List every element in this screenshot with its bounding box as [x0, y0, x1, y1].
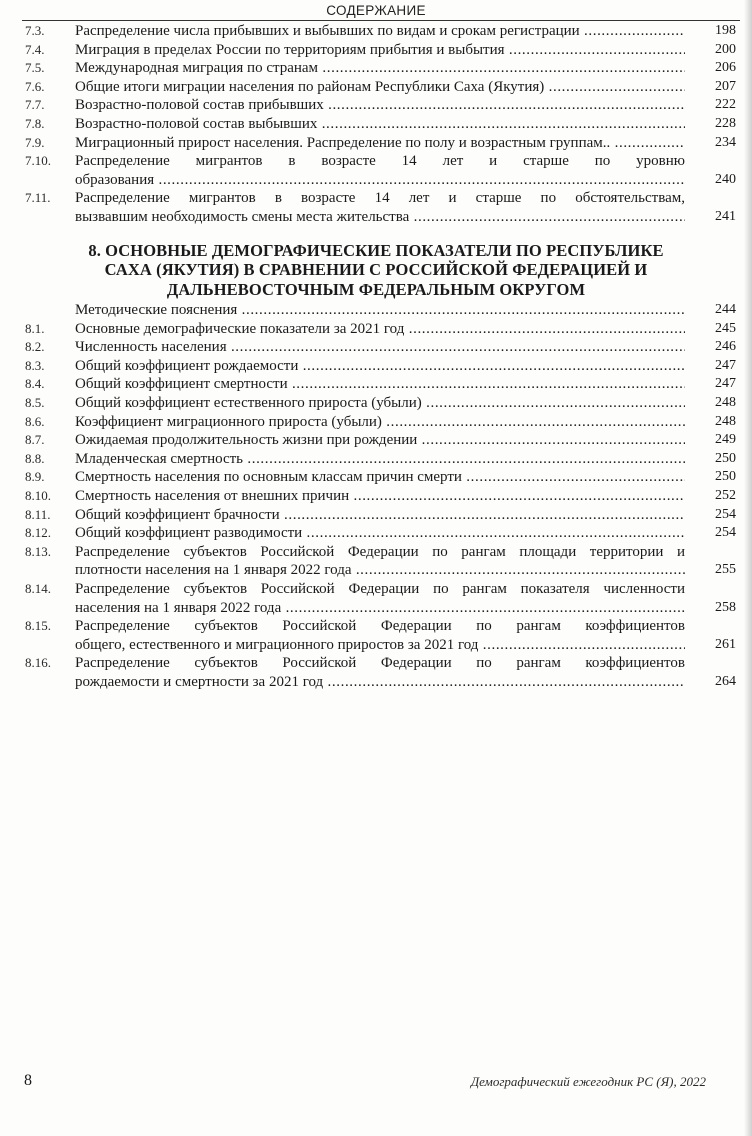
- toc-entry-title-line: Общие итоги миграции населения по района…: [75, 78, 685, 97]
- toc-entry-page: 198: [696, 22, 736, 41]
- table-of-contents: 7.3.Распределение числа прибывших и выбы…: [0, 22, 752, 692]
- toc-entry-title-line: Распределение субъектов Российской Федер…: [75, 654, 685, 673]
- toc-entry-title-line: Общий коэффициент рождаемости: [75, 357, 685, 376]
- toc-entry-page: 240: [696, 171, 736, 190]
- toc-entry-title: Возрастно-половой состав выбывших: [75, 115, 685, 134]
- toc-entry-page: 249: [696, 431, 736, 450]
- toc-entry-title-line: Миграция в пределах России по территория…: [75, 41, 685, 60]
- toc-entry-number: 8.4.: [25, 375, 73, 394]
- toc-entry-title-line: Смертность населения от внешних причин: [75, 487, 685, 506]
- toc-entry-number: 8.7.: [25, 431, 73, 450]
- toc-entry-title-line: Ожидаемая продолжительность жизни при ро…: [75, 431, 685, 450]
- toc-entry-number: 7.8.: [25, 115, 73, 134]
- toc-entry-page: 206: [696, 59, 736, 78]
- toc-entry-page: 207: [696, 78, 736, 97]
- toc-entry-page: 248: [696, 394, 736, 413]
- toc-entry-page: 247: [696, 375, 736, 394]
- toc-entry-number: 7.3.: [25, 22, 73, 41]
- toc-entry-title: Методические пояснения: [75, 301, 685, 320]
- toc-entry-number: 8.3.: [25, 357, 73, 376]
- toc-entry[interactable]: 8.13.Распределение субъектов Российской …: [0, 543, 752, 580]
- toc-entry-page: 254: [696, 524, 736, 543]
- footer-publication-title: Демографический ежегодник РС (Я), 2022: [471, 1074, 706, 1090]
- toc-entry-title-line: Международная миграция по странам: [75, 59, 685, 78]
- toc-entry-page: 241: [696, 208, 736, 227]
- toc-entry-page: 261: [696, 636, 736, 655]
- toc-entry-title-line: Основные демографические показатели за 2…: [75, 320, 685, 339]
- toc-entry[interactable]: 7.6.Общие итоги миграции населения по ра…: [0, 78, 752, 97]
- toc-entry-page: 250: [696, 450, 736, 469]
- running-header: СОДЕРЖАНИЕ: [0, 3, 752, 18]
- toc-entry-title-line: Возрастно-половой состав прибывших: [75, 96, 685, 115]
- toc-entry[interactable]: 7.7.Возрастно-половой состав прибывших22…: [0, 96, 752, 115]
- toc-entry-number: 8.5.: [25, 394, 73, 413]
- header-rule: [22, 20, 740, 21]
- toc-entry-page: 258: [696, 599, 736, 618]
- toc-entry-title: Миграционный прирост населения. Распреде…: [75, 134, 685, 153]
- section-8-title-line: 8. ОСНОВНЫЕ ДЕМОГРАФИЧЕСКИЕ ПОКАЗАТЕЛИ П…: [0, 241, 752, 261]
- toc-entry[interactable]: 7.8.Возрастно-половой состав выбывших228: [0, 115, 752, 134]
- section-8-list: Методические пояснения2448.1.Основные де…: [0, 301, 752, 691]
- toc-entry[interactable]: 8.4.Общий коэффициент смертности247: [0, 375, 752, 394]
- section-8-title-line: САХА (ЯКУТИЯ) В СРАВНЕНИИ С РОССИЙСКОЙ Ф…: [0, 260, 752, 280]
- toc-entry-title: Общий коэффициент смертности: [75, 375, 685, 394]
- toc-entry[interactable]: 8.16.Распределение субъектов Российской …: [0, 654, 752, 691]
- toc-entry-title: Распределение мигрантов в возрасте 14 ле…: [75, 189, 685, 226]
- toc-entry-title: Коэффициент миграционного прироста (убыл…: [75, 413, 685, 432]
- toc-entry-number: 7.10.: [25, 152, 73, 171]
- toc-entry-title: Международная миграция по странам: [75, 59, 685, 78]
- toc-entry-page: 244: [696, 301, 736, 320]
- toc-entry-title: Численность населения: [75, 338, 685, 357]
- toc-entry-number: 8.6.: [25, 413, 73, 432]
- toc-entry-title-line: Численность населения: [75, 338, 685, 357]
- toc-entry-title: Общий коэффициент естественного прироста…: [75, 394, 685, 413]
- document-page: СОДЕРЖАНИЕ 7.3.Распределение числа прибы…: [0, 0, 752, 1136]
- toc-entry-number: 8.2.: [25, 338, 73, 357]
- footer-page-number: 8: [24, 1072, 32, 1090]
- toc-entry[interactable]: 8.9.Смертность населения по основным кла…: [0, 468, 752, 487]
- toc-entry-title: Смертность населения по основным классам…: [75, 468, 685, 487]
- toc-entry[interactable]: 8.14.Распределение субъектов Российской …: [0, 580, 752, 617]
- toc-entry-title: Распределение субъектов Российской Федер…: [75, 580, 685, 617]
- toc-entry-title: Младенческая смертность: [75, 450, 685, 469]
- toc-entry[interactable]: 7.4.Миграция в пределах России по террит…: [0, 41, 752, 60]
- toc-entry-number: 7.4.: [25, 41, 73, 60]
- toc-entry-title-line: Возрастно-половой состав выбывших: [75, 115, 685, 134]
- toc-entry-title: Основные демографические показатели за 2…: [75, 320, 685, 339]
- toc-entry-number: 7.9.: [25, 134, 73, 153]
- toc-entry[interactable]: 8.10.Смертность населения от внешних при…: [0, 487, 752, 506]
- toc-entry-title: Распределение субъектов Российской Федер…: [75, 654, 685, 691]
- toc-entry[interactable]: 8.8.Младенческая смертность250: [0, 450, 752, 469]
- toc-entry-title-line: Общий коэффициент разводимости: [75, 524, 685, 543]
- toc-entry-title-line: Распределение субъектов Российской Федер…: [75, 617, 685, 636]
- toc-entry-number: 8.8.: [25, 450, 73, 469]
- toc-entry-page: 228: [696, 115, 736, 134]
- toc-entry-title-line: Общий коэффициент естественного прироста…: [75, 394, 685, 413]
- toc-entry-number: 7.7.: [25, 96, 73, 115]
- toc-entry-number: 7.11.: [25, 189, 73, 208]
- toc-entry[interactable]: 7.10.Распределение мигрантов в возрасте …: [0, 152, 752, 189]
- toc-entry-number: 8.16.: [25, 654, 73, 673]
- toc-entry-number: 8.13.: [25, 543, 73, 562]
- toc-entry[interactable]: 8.6.Коэффициент миграционного прироста (…: [0, 413, 752, 432]
- toc-entry[interactable]: 8.7.Ожидаемая продолжительность жизни пр…: [0, 431, 752, 450]
- toc-entry-title: Распределение мигрантов в возрасте 14 ле…: [75, 152, 685, 189]
- toc-entry-number: 8.12.: [25, 524, 73, 543]
- toc-entry[interactable]: 8.2.Численность населения246: [0, 338, 752, 357]
- toc-entry-page: 245: [696, 320, 736, 339]
- toc-entry-title-line: Коэффициент миграционного прироста (убыл…: [75, 413, 685, 432]
- toc-entry[interactable]: 8.3.Общий коэффициент рождаемости247: [0, 357, 752, 376]
- toc-entry-page: 234: [696, 134, 736, 153]
- toc-entry-title-line: Распределение числа прибывших и выбывших…: [75, 22, 685, 41]
- toc-entry-number: 7.5.: [25, 59, 73, 78]
- toc-entry-title-line: Распределение субъектов Российской Федер…: [75, 543, 685, 562]
- toc-entry-title-line: рождаемости и смертности за 2021 год: [75, 673, 685, 692]
- toc-entry[interactable]: 7.9.Миграционный прирост населения. Расп…: [0, 134, 752, 153]
- toc-entry-title-line: Миграционный прирост населения. Распреде…: [75, 134, 685, 153]
- toc-entry-title-line: Распределение субъектов Российской Федер…: [75, 580, 685, 599]
- toc-entry[interactable]: 8.12.Общий коэффициент разводимости254: [0, 524, 752, 543]
- toc-entry-page: 222: [696, 96, 736, 115]
- toc-entry-title: Распределение субъектов Российской Федер…: [75, 543, 685, 580]
- section-7-list: 7.3.Распределение числа прибывших и выбы…: [0, 22, 752, 227]
- section-8-title: 8. ОСНОВНЫЕ ДЕМОГРАФИЧЕСКИЕ ПОКАЗАТЕЛИ П…: [0, 241, 752, 300]
- toc-entry[interactable]: 8.11.Общий коэффициент брачности254: [0, 506, 752, 525]
- toc-entry-title-line: Распределение мигрантов в возрасте 14 ле…: [75, 152, 685, 171]
- toc-entry-page: 252: [696, 487, 736, 506]
- toc-entry-title: Общий коэффициент брачности: [75, 506, 685, 525]
- toc-entry-number: 8.15.: [25, 617, 73, 636]
- toc-entry-page: 255: [696, 561, 736, 580]
- section-8-title-line: ДАЛЬНЕВОСТОЧНЫМ ФЕДЕРАЛЬНЫМ ОКРУГОМ: [0, 280, 752, 300]
- toc-entry-number: 8.11.: [25, 506, 73, 525]
- toc-entry-title: Общие итоги миграции населения по района…: [75, 78, 685, 97]
- toc-entry-title-line: населения на 1 января 2022 года: [75, 599, 685, 618]
- toc-entry[interactable]: 8.5.Общий коэффициент естественного прир…: [0, 394, 752, 413]
- toc-entry[interactable]: 8.1.Основные демографические показатели …: [0, 320, 752, 339]
- toc-entry-title: Общий коэффициент разводимости: [75, 524, 685, 543]
- toc-entry-title-line: Смертность населения по основным классам…: [75, 468, 685, 487]
- toc-entry-title: Ожидаемая продолжительность жизни при ро…: [75, 431, 685, 450]
- toc-entry[interactable]: 7.11.Распределение мигрантов в возрасте …: [0, 189, 752, 226]
- toc-entry-page: 200: [696, 41, 736, 60]
- toc-entry-title: Распределение субъектов Российской Федер…: [75, 617, 685, 654]
- toc-entry[interactable]: 7.3.Распределение числа прибывших и выбы…: [0, 22, 752, 41]
- toc-entry-title-line: плотности населения на 1 января 2022 год…: [75, 561, 685, 580]
- toc-entry-title-line: общего, естественного и миграционного пр…: [75, 636, 685, 655]
- toc-entry-title-line: вызвавшим необходимость смены места жите…: [75, 208, 685, 227]
- toc-entry-page: 247: [696, 357, 736, 376]
- toc-entry-title-line: образования: [75, 171, 685, 190]
- toc-entry-title-line: Методические пояснения: [75, 301, 685, 320]
- toc-entry-number: 8.9.: [25, 468, 73, 487]
- toc-entry[interactable]: Методические пояснения244: [0, 301, 752, 320]
- toc-entry-title: Распределение числа прибывших и выбывших…: [75, 22, 685, 41]
- toc-entry-page: 264: [696, 673, 736, 692]
- toc-entry-title-line: Младенческая смертность: [75, 450, 685, 469]
- toc-entry-number: 8.1.: [25, 320, 73, 339]
- toc-entry[interactable]: 7.5.Международная миграция по странам206: [0, 59, 752, 78]
- toc-entry-number: 8.10.: [25, 487, 73, 506]
- toc-entry-page: 254: [696, 506, 736, 525]
- toc-entry-title: Общий коэффициент рождаемости: [75, 357, 685, 376]
- toc-entry-number: 7.6.: [25, 78, 73, 97]
- toc-entry-title: Миграция в пределах России по территория…: [75, 41, 685, 60]
- toc-entry-title: Смертность населения от внешних причин: [75, 487, 685, 506]
- toc-entry-page: 248: [696, 413, 736, 432]
- toc-entry[interactable]: 8.15.Распределение субъектов Российской …: [0, 617, 752, 654]
- toc-entry-title-line: Распределение мигрантов в возрасте 14 ле…: [75, 189, 685, 208]
- toc-entry-title-line: Общий коэффициент брачности: [75, 506, 685, 525]
- toc-entry-title: Возрастно-половой состав прибывших: [75, 96, 685, 115]
- toc-entry-page: 246: [696, 338, 736, 357]
- toc-entry-title-line: Общий коэффициент смертности: [75, 375, 685, 394]
- toc-entry-number: 8.14.: [25, 580, 73, 599]
- toc-entry-page: 250: [696, 468, 736, 487]
